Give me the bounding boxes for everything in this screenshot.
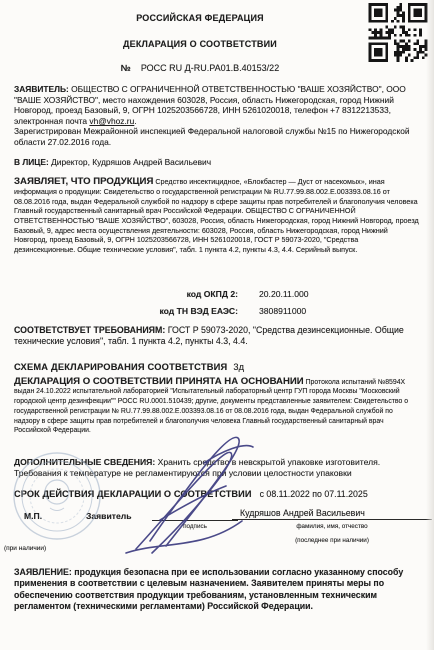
declaration-number: №РОСС RU Д-RU.РА01.В.40153/22: [0, 63, 400, 73]
okpd-code-row: код ОКПД 2: 20.20.11.000: [0, 289, 434, 299]
stamp-place-label: М.П.: [24, 511, 42, 521]
applicant-label: ЗАЯВИТЕЛЬ:: [14, 84, 69, 94]
applicant-text-tail: .: [134, 116, 136, 126]
okpd-code-label: код ОКПД 2:: [0, 289, 238, 299]
stamp-place-note: (при наличии): [4, 545, 46, 552]
okpd-code-value: 20.20.11.000: [259, 289, 309, 299]
in-person-text: Директор, Кудряшов Андрей Васильевич: [51, 157, 211, 167]
name-caption: фамилия, имя, отчество: [232, 523, 432, 530]
signature-caption: подпись: [152, 523, 238, 530]
country-heading: РОССИЙСКАЯ ФЕДЕРАЦИЯ: [0, 13, 400, 23]
applicant-text: ОБЩЕСТВО С ОГРАНИЧЕННОЙ ОТВЕТСТВЕННОСТЬЮ…: [14, 84, 406, 126]
basis-section: ДЕКЛАРАЦИЯ О СООТВЕТСТВИИ ПРИНЯТА НА ОСН…: [14, 377, 420, 436]
signature-line: [152, 501, 238, 521]
codes-section: код ОКПД 2: 20.20.11.000 код ТН ВЭД ЕАЭС…: [0, 289, 434, 316]
basis-text: Протокола испытаний №8594Х выдан 24.10.2…: [14, 379, 408, 435]
scheme-value: 3д: [233, 362, 244, 372]
declaration-document: РОССИЙСКАЯ ФЕДЕРАЦИЯ ДЕКЛАРАЦИЯ О СООТВЕ…: [0, 0, 434, 650]
tnved-code-label: код ТН ВЭД ЕАЭС:: [0, 306, 238, 316]
tnved-code-value: 3808911000: [259, 306, 306, 316]
document-title: ДЕКЛАРАЦИЯ О СООТВЕТСТВИИ: [0, 39, 400, 49]
in-person-label: В ЛИЦЕ:: [14, 157, 49, 167]
qr-code: [367, 3, 429, 62]
additional-info-label: ДОПОЛНИТЕЛЬНЫЕ СВЕДЕНИЯ:: [14, 457, 155, 467]
tnved-code-row: код ТН ВЭД ЕАЭС: 3808911000: [0, 306, 434, 316]
compliance-section: СООТВЕТСТВУЕТ ТРЕБОВАНИЯМ: ГОСТ Р 59073-…: [14, 325, 420, 347]
applicant-section: ЗАЯВИТЕЛЬ: ОБЩЕСТВО С ОГРАНИЧЕННОЙ ОТВЕТ…: [14, 84, 420, 148]
signatory-name: Кудряшов Андрей Васильевич: [232, 501, 432, 520]
safety-statement-text: продукция безопасна при ее использовании…: [14, 567, 403, 611]
additional-info-section: ДОПОЛНИТЕЛЬНЫЕ СВЕДЕНИЯ: Хранить средств…: [14, 457, 420, 479]
scheme-label: СХЕМА ДЕКЛАРИРОВАНИЯ СООТВЕТСТВИЯ: [14, 362, 227, 372]
product-declaration-text: Средство инсектицидное, «Блокбастер — Ду…: [14, 177, 419, 254]
applicant-email: vh@vhoz.ru: [89, 116, 134, 126]
safety-statement-label: ЗАЯВЛЕНИЕ:: [14, 567, 72, 577]
product-declaration-label: ЗАЯВЛЯЕТ, ЧТО ПРОДУКЦИЯ: [14, 176, 153, 187]
product-declaration-section: ЗАЯВЛЯЕТ, ЧТО ПРОДУКЦИЯ Средство инсекти…: [14, 177, 420, 255]
basis-label: ДЕКЛАРАЦИЯ О СООТВЕТСТВИИ ПРИНЯТА НА ОСН…: [14, 376, 304, 387]
in-person-section: В ЛИЦЕ: Директор, Кудряшов Андрей Василь…: [14, 157, 420, 168]
compliance-label: СООТВЕТСТВУЕТ ТРЕБОВАНИЯМ:: [14, 325, 165, 335]
applicant-registration-note: Зарегистрирован Межрайонной инспекцией Ф…: [14, 126, 420, 147]
signatory-role-label: Заявитель: [86, 511, 131, 521]
signature-block: М.П. Заявитель подпись Кудряшов Андрей В…: [6, 499, 428, 561]
validity-dates: с 08.11.2022 по 07.11.2025: [260, 489, 368, 499]
validity-label: СРОК ДЕЙСТВИЯ ДЕКЛАРАЦИИ О СООТВЕТСТВИИ: [14, 489, 252, 499]
validity-section: СРОК ДЕЙСТВИЯ ДЕКЛАРАЦИИ О СООТВЕТСТВИИс…: [14, 489, 420, 499]
scheme-section: СХЕМА ДЕКЛАРИРОВАНИЯ СООТВЕТСТВИЯ3д: [14, 362, 420, 372]
name-caption-note: (последнее при наличии): [232, 537, 432, 544]
number-value: РОСС RU Д-RU.РА01.В.40153/22: [141, 63, 279, 73]
number-label: №: [121, 63, 131, 73]
safety-statement-section: ЗАЯВЛЕНИЕ: продукция безопасна при ее ис…: [14, 567, 420, 613]
